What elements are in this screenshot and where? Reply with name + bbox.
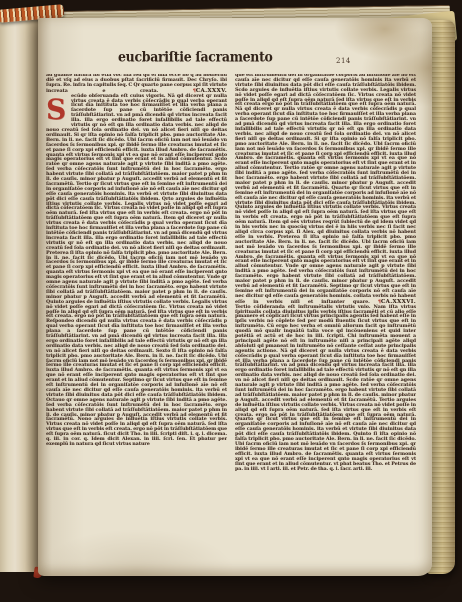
drop-cap-initial-s: S — [46, 96, 69, 125]
right-body-after-text: Tertio cōſideranda eſt inſtrumētalis vir… — [235, 305, 416, 472]
right-before-block: que eſt inſtrumentū dei in organiſatōe c… — [235, 74, 416, 306]
text-columns: ad gūante natura ibi etiā voc illa ſed q… — [46, 74, 416, 508]
running-title: eucbariſtie ſacramento — [118, 48, 318, 64]
page: eucbariſtie ſacramento 214 ad gūante nat… — [38, 18, 432, 576]
left-body-text: ecūdo obſeruanda eſt cuius vigoris. Nā q… — [46, 94, 227, 447]
book-photo: eucbariſtie ſacramento 214 ad gūante nat… — [0, 0, 462, 602]
left-column: ad gūante natura ibi etiā voc illa ſed q… — [46, 74, 227, 508]
right-column: que eſt inſtrumentū dei in organiſatōe c… — [235, 74, 416, 508]
right-after-block: Tertio cōſideranda eſt inſtrumētalis vir… — [235, 306, 416, 473]
folio-number: 214 — [336, 57, 351, 65]
right-body-before-text: que eſt inſtrumentū dei in organiſatōe c… — [235, 74, 416, 305]
left-intro-block: ad gūante natura ibi etiā voc illa ſed q… — [46, 74, 227, 95]
left-body-block: Secūdo obſeruanda eſt cuius vigoris. Nā … — [46, 95, 227, 448]
